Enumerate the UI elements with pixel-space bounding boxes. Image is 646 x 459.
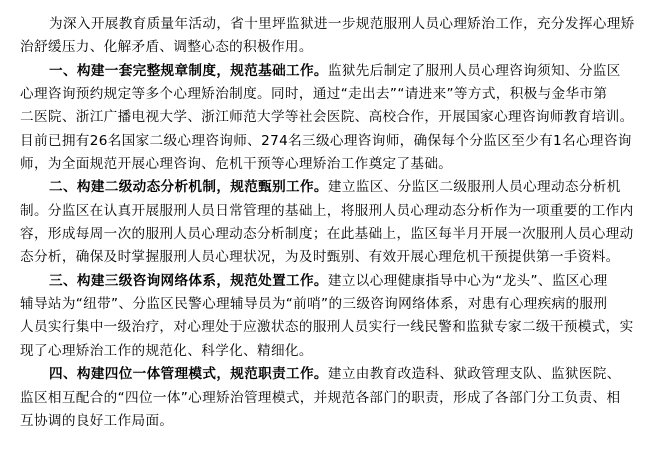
text-line: 三、构建三级咨询网络体系，规范处置工作。建立以心理健康指导中心为“龙头”、监区心… — [20, 270, 640, 293]
intro-paragraph: 为深入开展教育质量年活动，省十里坪监狱进一步规范服刑人员心理矫治工作，充分发挥心… — [20, 13, 640, 60]
text-line: 目前已拥有26名国家二级心理咨询师、274名三级心理咨询师，确保每个分监区至少有… — [20, 130, 640, 153]
text-line: 监区相互配合的“四位一体”心理矫治管理模式，并规范各部门的职责，形成了各部门分工… — [20, 387, 640, 410]
section-1-paragraph: 一、构建一套完整规章制度，规范基础工作。监狱先后制定了服刑人员心理咨询须知、分监… — [20, 60, 640, 177]
text-line: 辅导站为“纽带”、分监区民警心理辅导员为“前哨”的三级咨询网络体系，对患有心理疾… — [20, 293, 640, 316]
section-2-text: 建立监区、分监区二级服刑人员心理动态分析机 — [328, 179, 621, 195]
text-line: 治舒缓压力、化解矛盾、调整心态的积极作用。 — [20, 36, 640, 59]
section-2-paragraph: 二、构建二级动态分析机制，规范甄别工作。建立监区、分监区二级服刑人员心理动态分析… — [20, 176, 640, 269]
text-line: 人员实行集中一级治疗，对心理处于应激状态的服刑人员实行一线民警和监狱专家二级干预… — [20, 316, 640, 339]
section-4-text: 建立由教育改造科、狱政管理支队、监狱医院、 — [328, 366, 621, 382]
text-line: 制。分监区在认真开展服刑人员日常管理的基础上，将服刑人员心理动态分析作为一项重要… — [20, 200, 640, 223]
text-line: 容，形成每周一次的服刑人员心理动态分析制度；在此基础上，监区每半月开展一次服刑人… — [20, 223, 640, 246]
section-1-heading: 一、构建一套完整规章制度，规范基础工作。 — [49, 63, 328, 79]
text-line: 二医院、浙江广播电视大学、浙江师范大学等社会医院、高校合作，开展国家心理咨询师教… — [20, 106, 640, 129]
section-1-text: 监狱先后制定了服刑人员心理咨询须知、分监区 — [328, 63, 621, 79]
text-line: 心理咨询预约规定等多个心理矫治制度。同时，通过“走出去”“请进来”等方式，积极与… — [20, 83, 640, 106]
text-line: 为深入开展教育质量年活动，省十里坪监狱进一步规范服刑人员心理矫治工作，充分发挥心… — [20, 13, 640, 36]
text-line: 互协调的良好工作局面。 — [20, 410, 640, 433]
section-4-heading: 四、构建四位一体管理模式，规范职责工作。 — [49, 366, 328, 382]
text-line: 四、构建四位一体管理模式，规范职责工作。建立由教育改造科、狱政管理支队、监狱医院… — [20, 363, 640, 386]
text-line: 态分析，确保及时掌握服刑人员心理状况，为及时甄别、有效开展心理危机干预提供第一手… — [20, 246, 640, 269]
section-3-paragraph: 三、构建三级咨询网络体系，规范处置工作。建立以心理健康指导中心为“龙头”、监区心… — [20, 270, 640, 363]
section-2-heading: 二、构建二级动态分析机制，规范甄别工作。 — [49, 179, 328, 195]
section-4-paragraph: 四、构建四位一体管理模式，规范职责工作。建立由教育改造科、狱政管理支队、监狱医院… — [20, 363, 640, 433]
section-3-text: 建立以心理健康指导中心为“龙头”、监区心理 — [328, 273, 608, 289]
text-line: 一、构建一套完整规章制度，规范基础工作。监狱先后制定了服刑人员心理咨询须知、分监… — [20, 60, 640, 83]
article-body: 为深入开展教育质量年活动，省十里坪监狱进一步规范服刑人员心理矫治工作，充分发挥心… — [20, 13, 640, 433]
text-line: 现了心理矫治工作的规范化、科学化、精细化。 — [20, 340, 640, 363]
section-3-heading: 三、构建三级咨询网络体系，规范处置工作。 — [49, 273, 328, 289]
text-line: 师，为全面规范开展心理咨询、危机干预等心理矫治工作奠定了基础。 — [20, 153, 640, 176]
text-line: 二、构建二级动态分析机制，规范甄别工作。建立监区、分监区二级服刑人员心理动态分析… — [20, 176, 640, 199]
